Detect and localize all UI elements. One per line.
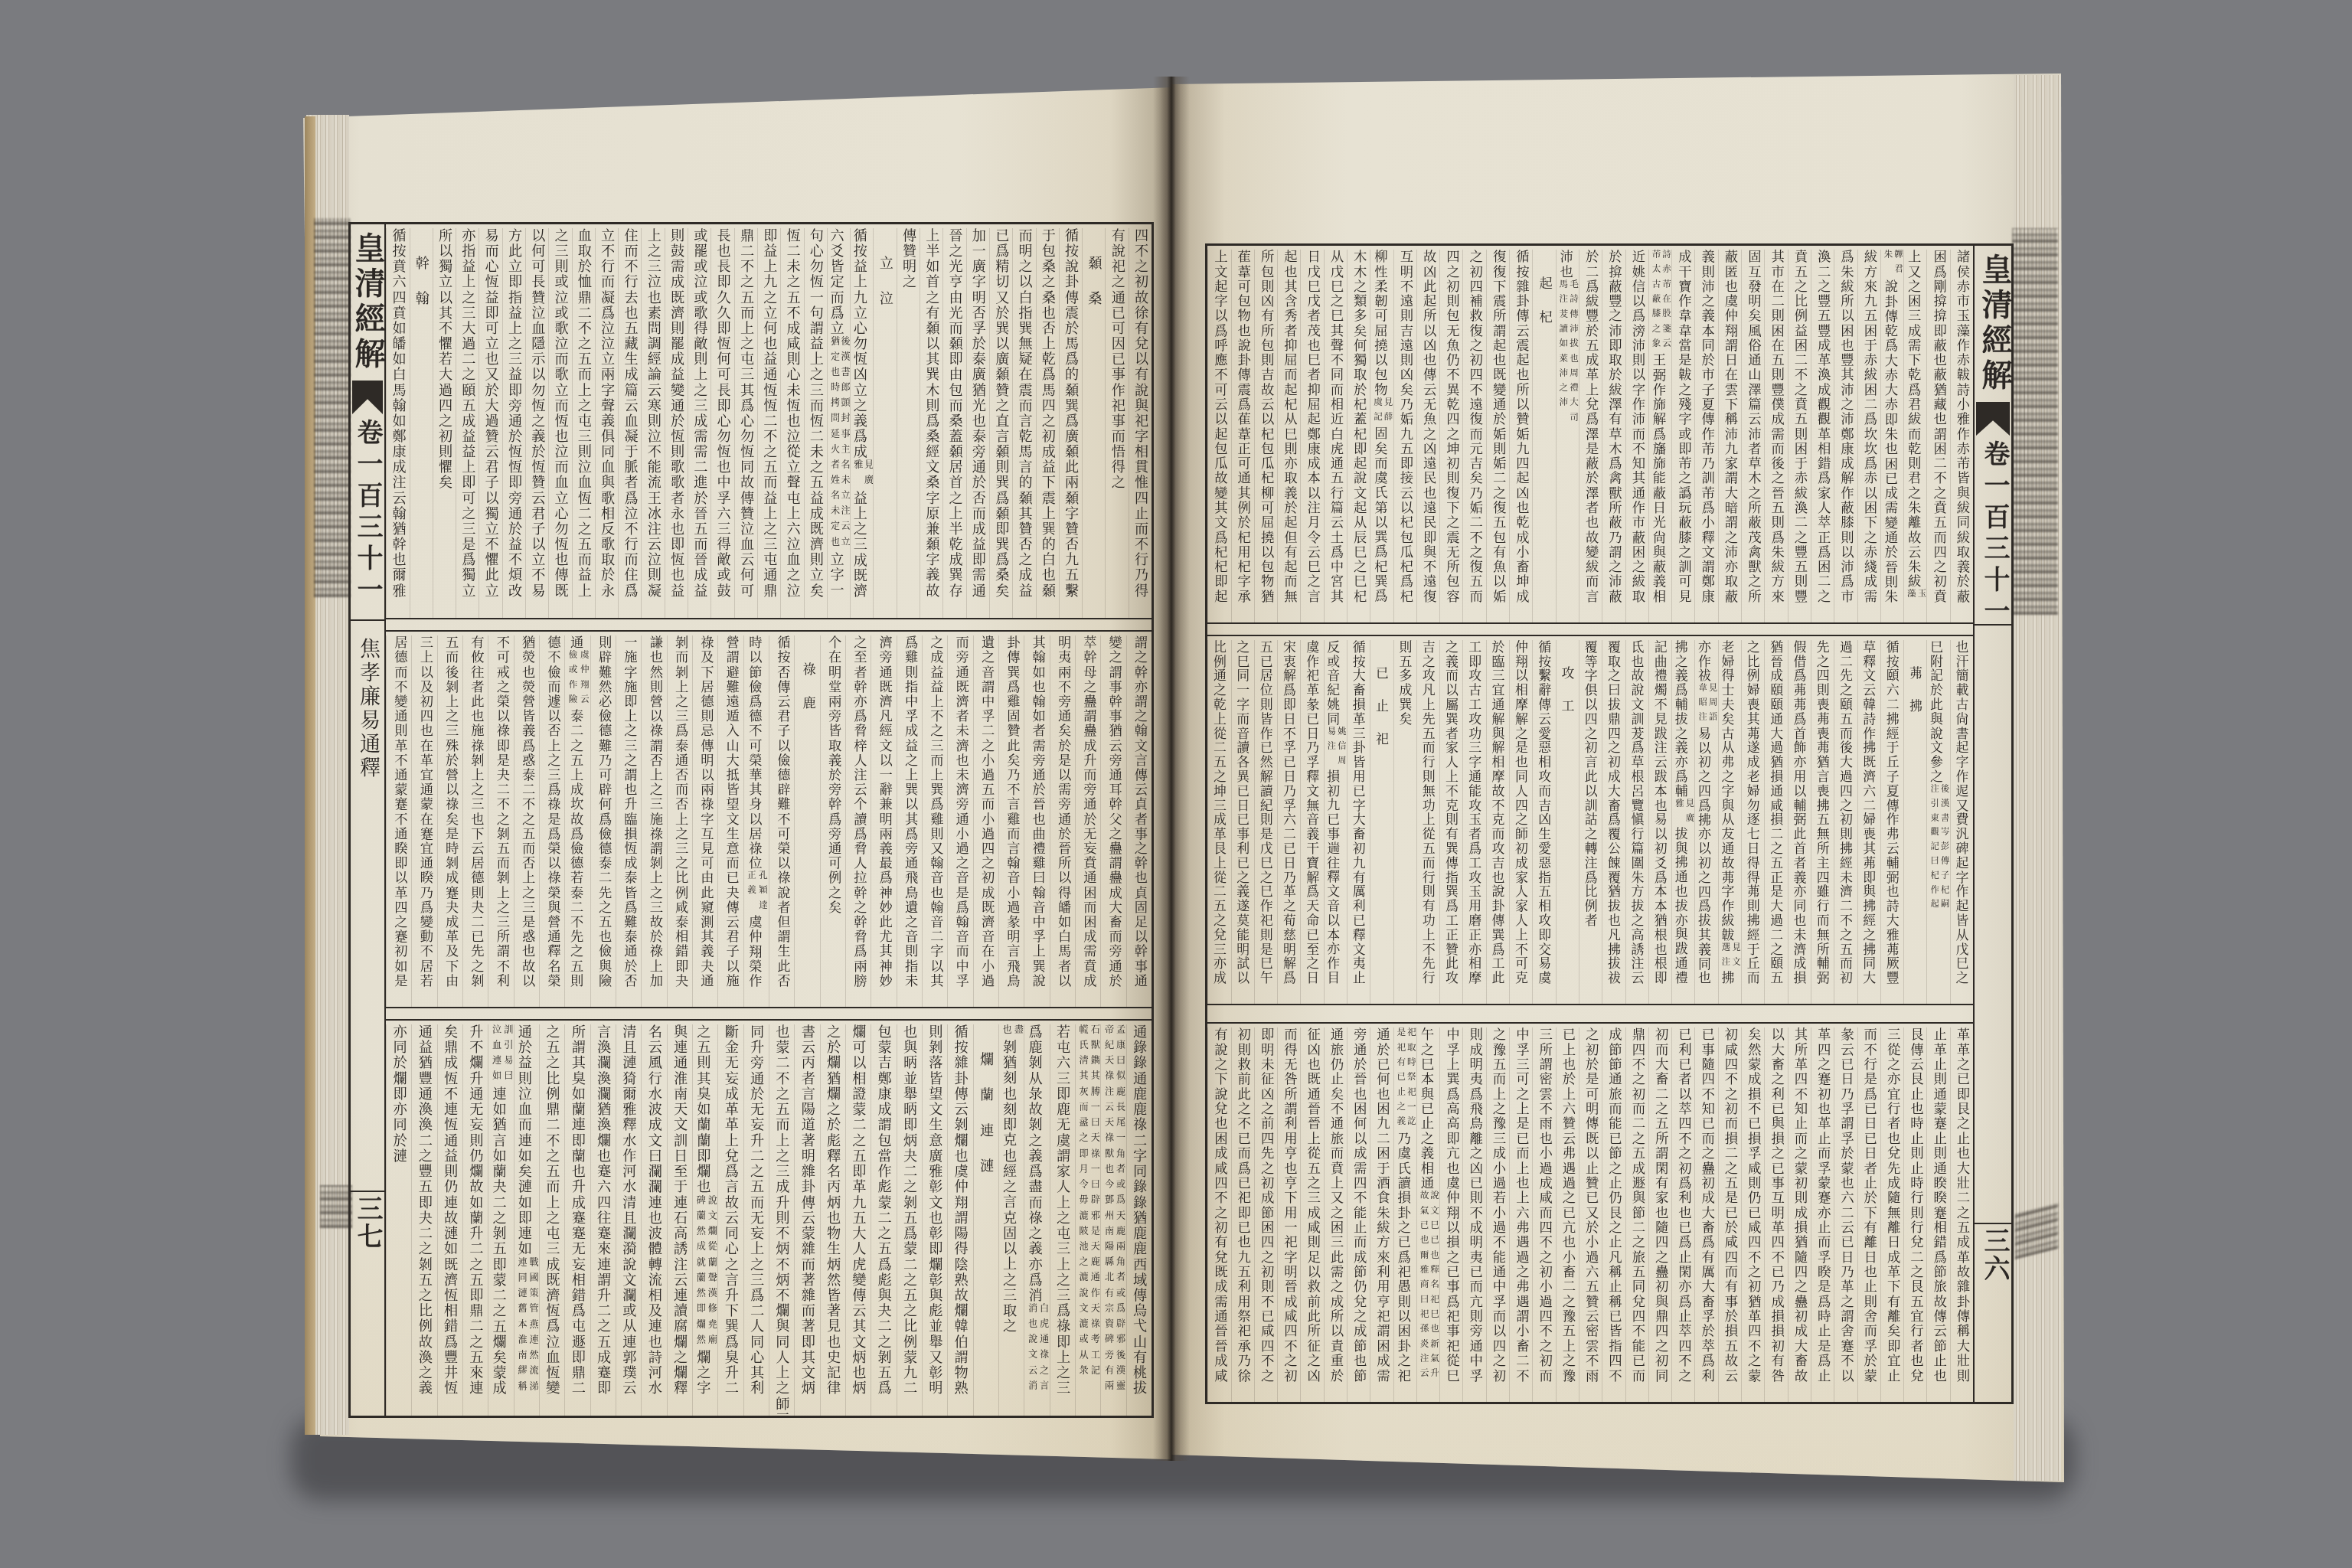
- text-column: 則辟難然必儉德難乃可辟何爲儉德泰二先之五也儉與險: [590, 635, 616, 1007]
- text-column: 五而後剝上之三殊於營以祿矣是時剝成蹇夬成革及下由: [437, 635, 462, 1007]
- fish-tail-ornament-icon: [352, 381, 383, 414]
- text-column: 記曲禮燭不見跋注云跋本也易以初爻爲本本猶根也根即: [1648, 640, 1671, 1004]
- text-column: 也與昞並舉昞即炳夬二之剝五爲蒙二之五之比例蒙九二: [897, 1024, 922, 1416]
- text-column: 長也長即久久即恆何可長即心勿恆也中孚六三得敵或鼓: [710, 228, 733, 618]
- text-column: 之成益益上不之三而上巽爲雞則又翰音也翰音二字以其: [922, 635, 947, 1007]
- column-text: 剝猶刻也刻即克也經之言克固以上之三取之: [1001, 1040, 1017, 1334]
- annotation-note: 訓引易曰泣血連如: [490, 1024, 513, 1086]
- text-column: 其所革四不知止而之蒙初則成損猶隨四之蠱初成大畜故: [1788, 1027, 1811, 1402]
- text-column: 老婦得士夫矣古从弗之字與从犮通故茀字作紱韍見文選注拂: [1718, 640, 1741, 1004]
- text-column: 則五多成巽矣: [1393, 640, 1416, 1004]
- text-column: 營謂避難遠遁入山大抵皆望文生意而已夬傳云君子以施: [717, 635, 743, 1007]
- text-column: 清且漣猗爾雅釋水作河水清且瀾漪說文瀾或从連郭璞云: [616, 1024, 641, 1416]
- annotation-note: 見文選注: [1720, 942, 1741, 972]
- annotation-note: 盡也: [1001, 1024, 1024, 1040]
- text-column: 蔽匿也虞仲翔謂日在雲下稱沛九家謂大暗謂之沛亦取蔽: [1718, 250, 1741, 622]
- text-column: 若屯六三即鹿无虞謂家人上之屯三上之三爲祿即上之三: [1050, 1024, 1075, 1416]
- fore-edge-ghost-print: [2012, 228, 2058, 615]
- text-column: 居德而不變通則革不通蒙蹇不通睽即以革四之蹇初如是: [386, 635, 411, 1007]
- text-column: 已利已者以萃四不之初爲利也已爲止閑亦爲止萃四不之: [1671, 1027, 1694, 1402]
- text-column: 於二爲紱豐於五成革上兌爲澤是蔽於澤者也故變紱而言: [1579, 250, 1602, 622]
- text-column: 石獸鐫其膊一曰天祿一曰辟邪是天鹿通作天祿考工記㡛氏淸其灰而盝之即月令毋漉陂池之漉…: [1075, 1024, 1100, 1416]
- text-column: 詩赤芾在股箋云芾太古蔽膝之象王弼作旆解爲旛旆能蔽日光尙與蔽義相: [1648, 250, 1671, 622]
- text-column: 上文起字以爲呼應不可云以起包瓜故變其文爲杞杞即起: [1207, 250, 1230, 622]
- text-column: 鼎二不之五而上之屯三其爲心勿恆同故傳贊泣血云何可: [734, 228, 757, 618]
- text-column: 虞作祀革彖已日乃孚釋文無音義干寶解爲天命已至之日: [1300, 640, 1323, 1004]
- column-text: 易以初之四爲拂亦以初之四爲拔其義同也: [1697, 727, 1712, 985]
- text-column: 則成明夷爲飛鳥離之凶已則不成明夷已而亢則旁通中孚: [1462, 1027, 1485, 1402]
- text-column: 而不行是爲已日已日者止於下有離日也止則舍而孚於蒙: [1857, 1027, 1880, 1402]
- text-column: 猶熒也熒營皆義爲惑泰二不之五而否上之三是惑也故以: [514, 635, 539, 1007]
- column-text: 午之巳本與已止之義相通: [1418, 1027, 1433, 1191]
- section-heading: 茀 拂: [1903, 640, 1926, 1004]
- text-column: 之三則或泣或歌泣而歌立而恆也泣而血立心勿恆也傳既: [548, 228, 571, 618]
- text-column: 互明不遠則吉遠則凶矣乃姤九五即接云以杞包瓜杞爲杞: [1393, 250, 1416, 622]
- fish-tail-ornament-icon: [1976, 402, 2010, 436]
- text-column: 困爲剛揜揜即蔽也蔽猶藏也謂困二不之賁五而四之初賁: [1926, 250, 1949, 622]
- text-column: 爛可以相證蒙二之五即革九五大人虎變傳云其文炳也炳: [845, 1024, 871, 1416]
- text-column: 血取於恤鼎二不之五而上之屯三則泣血恆二之五而益上: [572, 228, 595, 618]
- text-column: 亦同於爛即亦同於漣: [386, 1024, 411, 1416]
- text-column: 吉之攻凡上先五而行則無功上從五而行則有功上不先行: [1416, 640, 1439, 1004]
- text-column: 爲朱紱所以困也豐其沛之沛鄭康成解作蔽膝則以沛爲市: [1834, 250, 1857, 622]
- section-heading: 已 止 祀: [1370, 640, 1393, 1004]
- column-text: 通於益則泣血而連如矣漣如即連如: [516, 1024, 532, 1257]
- annotation-note: 戰國策管燕連然流涕連同漣舊本淮南繆稱: [516, 1257, 539, 1396]
- text-column: 濟旁通既濟凡經文以一辭兼明兩義最爲神妙此尤其神妙: [871, 635, 896, 1007]
- section-heading: 祿 鹿: [794, 635, 819, 1007]
- column-text: 拂: [1720, 971, 1735, 985]
- annotation-note: 韠君朱: [1883, 250, 1903, 279]
- text-column: 書云丙者言陽道著明雜卦傳云蒙雜而著雜而著即其文炳: [794, 1024, 819, 1416]
- column-text: 連如猶言如蘭夬二之剝五即蒙二之五爛矣蒙成: [491, 1086, 507, 1396]
- text-column: 比例通之乾上從二五之坤三成革艮上從二五之兌三亦成: [1207, 640, 1230, 1004]
- text-column: 晉之光亨由光而顙即由包而桑蓋顙居首之上半乾成巽存: [942, 228, 965, 618]
- text-column: 亦作祓見周語韋昭注易以初之四爲拂亦以初之四爲拔其義同也: [1694, 640, 1717, 1004]
- column-text: 拂之義爲輔拔之義亦爲輔: [1673, 640, 1688, 799]
- work-title: 焦孝廉易通釋: [351, 638, 384, 783]
- annotation-note: 石獸鐫其膊一曰天祿一曰辟邪是天鹿通作天祿考工記㡛氏淸其灰而盝之即月令毋漉陂池之漉…: [1077, 1024, 1100, 1381]
- fore-edge-ghost-print: [314, 218, 351, 597]
- annotation-note: 姚信周易注: [1326, 727, 1347, 769]
- page-number-rule: [1975, 1223, 2011, 1224]
- text-column: 通旅仍止矣不通旅而賁上又之困三此需之成所以責重於: [1324, 1027, 1347, 1402]
- register-middle: 也汗簡載古尙書起字作迡又費汎碑起字作起皆从戊巳之巳附記於此與說文參之後漢書岑彭傳…: [1207, 635, 1973, 1005]
- text-column: 萃幹母之蠱謂蠱成升而旁通於无妄賁通困而困成需賁成: [1075, 635, 1100, 1007]
- text-column: 初而大畜二之五所謂閑有家也隨四之蠱初與鼎四之初同: [1648, 1027, 1671, 1402]
- text-column: 六爻皆定而爲立後漢書郎顗封事主名未立注云立猶定也時拷問延火者姓名未定也立字一: [827, 228, 850, 618]
- text-column: 萑葦可包物也說卦傳震爲萑葦正可通其例於杞用杞字承: [1231, 250, 1254, 622]
- text-column: 加一廣字明否孚於泰廣猶光也泰旁通於否而成益即需通: [966, 228, 989, 618]
- text-column: 循按賁六四賁如皤如白馬翰如鄭康成注云翰猶幹也爾雅: [386, 228, 409, 618]
- column-text: 爲鹿剝从彔故剝之義爲盡而祿之義亦爲消: [1027, 1024, 1043, 1303]
- text-column: 工即攻古工攻功三字通能攻玉者爲工攻玉用磨正亦相摩: [1462, 640, 1485, 1004]
- text-column: 與連通淮南天文訓日至于連石高誘注云連讀腐爛之爛釋: [667, 1024, 692, 1416]
- text-column: 通益猶豐通渙渙二之豐五即夬二之剝五之比例故渙之義: [411, 1024, 436, 1416]
- text-column: 成干寶作韋韋當是韍之殘字或即芾之譌玩蔽膝之訓可見: [1671, 250, 1694, 622]
- text-column: 有說之下說兌也困成咸四不之初有兌既成需通晉晉成咸: [1207, 1027, 1230, 1402]
- right-page-frame: 諸侯赤市玉藻作赤韍詩小雅作赤芾皆與紱同紱取義於蔽困爲剛揜揜即蔽也蔽猶藏也謂困二不…: [1205, 243, 2014, 1404]
- text-column: 渙二之豐五豐成革渙成觀觀革相錯爲家人萃正爲困二之: [1811, 250, 1834, 622]
- page-number: 三七: [351, 1195, 384, 1256]
- text-column: 遺之音謂中孚二之小過五而小過四之初成既濟音在小過: [973, 635, 998, 1007]
- text-column: 包蒙吉鄭康成謂包當作彪蒙二之五爲彪與夬二之剝五爲: [871, 1024, 896, 1416]
- annotation-note: 虞仲翔云儉或作險: [567, 650, 590, 709]
- text-column: 日戊巳戊者茂也巳者抑屈起鄭康成本以注月令云巳之言: [1300, 250, 1323, 622]
- column-text: 固矣而虞氏第以巽爲杞巽爲: [1371, 426, 1387, 603]
- text-column: 起也其含秀者抑屈而起杞从巳則亦取義於起但有起而無: [1277, 250, 1300, 622]
- text-column: 已爲精切又於巽以廣顙贊之直言顙則巽爲顙即巽爲桑矣: [989, 228, 1012, 618]
- text-column: 先之四則喪茀喪茀猶言喪拂五無所主四雖行而無所輔弼: [1811, 640, 1834, 1004]
- text-column: 革革之已即艮之止也大壯二之五成革故雜卦傳稱大壯則: [1950, 1027, 1973, 1402]
- text-column: 言渙瀾渙瀾猶渙爛也蹇六四往蹇來連謂升二之五成蹇即: [590, 1024, 616, 1416]
- text-column: 謂之幹亦謂之翰文言傳云貞者事之幹也貞固足以幹事通: [1126, 635, 1151, 1007]
- annotation-note: 後漢書岑彭傳子杞嗣注引東觀記曰杞作起: [1929, 784, 1949, 913]
- text-column: 復復下震所謂起也既變通於姤則姤二之復五包有魚以姤: [1486, 250, 1509, 622]
- text-column: 通錄錄通鹿鹿祿二字同錄錄猶鹿鹿西域傳烏弋山有桃拔: [1126, 1024, 1151, 1416]
- text-column: 宋衷解爲即日不孚已日乃孚六二已日乃革之荀慈明解爲: [1277, 640, 1300, 1004]
- text-column: 四不之初故徐有兌以有說與祀字相貫惟四止而不行乃得: [1129, 228, 1151, 618]
- margin-rule: [351, 619, 384, 621]
- register-bottom: 革革之已即艮之止也大壯二之五成革故雜卦傳稱大壯則止革止則通蒙蹇止則通睽睽蹇相錯爲…: [1207, 1022, 1973, 1402]
- text-column: 即明未征凶之前四先之初成節困四之初則不已咸四不之: [1254, 1027, 1277, 1402]
- text-column: 覆等字俱以四之初言此以訓詁之轉注爲比例者: [1579, 640, 1602, 1004]
- text-column: 祀取時祭祀一訖是祀有已止之義乃虞氏讀損卦之已爲祀愚則以困卦之祀: [1393, 1027, 1416, 1402]
- text-column: 假借爲茀茀爲首飾亦用以輔弼此首者義亦同也未濟成損: [1788, 640, 1811, 1004]
- text-column: 諸侯赤市玉藻作赤韍詩小雅作赤芾皆與紱同紱取義於蔽: [1950, 250, 1973, 622]
- annotation-note: 見廣雅: [1674, 799, 1694, 828]
- column-text: 沛也: [1557, 250, 1573, 279]
- section-heading: 顙 桑: [1082, 228, 1105, 618]
- page-number: 三六: [1975, 1227, 2011, 1289]
- text-column: 住而不行去也五藏生成篇云血凝于脈者爲泣不行而住爲: [618, 228, 641, 618]
- text-column: 紱方來九五困于赤紱困二爲坎坎爲赤以困下之赤綫成需: [1857, 250, 1880, 622]
- column-text: 虞仲翔榮作: [746, 915, 761, 988]
- text-column: 於臨三宜通解與解相摩故不克而攻吉也說卦傳巽爲工此: [1486, 640, 1509, 1004]
- text-column: 也蒙二不之五而上之三成升則不炳不炳不爛與同人上之師三: [769, 1024, 794, 1416]
- text-column: 个在明堂兩旁皆取義於旁幹爲旁通可例之矣: [820, 635, 845, 1007]
- text-column: 其翰如也翰如者需旁通於晉也曲禮雞曰翰音中孚上巽說: [1024, 635, 1049, 1007]
- column-text: 循按益上九立心勿恆凶立之義爲成: [851, 228, 867, 459]
- register-bottom: 通錄錄通鹿鹿祿二字同錄錄猶鹿鹿西域傳烏弋山有桃拔孟康曰似鹿長尾一角者或爲天鹿兩角…: [386, 1019, 1151, 1416]
- text-column: 于包桑之桑也否上乾爲馬四之初成益下震上巽的白也顙: [1036, 228, 1059, 618]
- column-text: 通: [567, 635, 583, 650]
- text-column: 孟康曰似鹿長尾一角者或爲天鹿兩角者或爲辟邪後漢靈帝紀天祿注云天祿獸也今鄧州南陽縣…: [1100, 1024, 1125, 1416]
- text-column: 沛也毛詩傳沛拔也周禮大司馬注茇讀如萊沛之沛: [1556, 250, 1579, 622]
- column-text: 爛之字: [694, 1350, 710, 1396]
- text-column: 五已居位則皆作已然解讀紀則是戊巳之巳作祀則是巳午: [1254, 640, 1277, 1004]
- column-text: 六爻皆定而爲立: [828, 228, 844, 336]
- annotation-note: 說文巳已也釋名祀巳也新氣升故氣已也爾雅商曰祀孫炎注云: [1419, 1191, 1439, 1383]
- text-column: 訓引易曰泣血連如連如猶言如蘭夬二之剝五即蒙二之五爛矣蒙成: [488, 1024, 513, 1416]
- annotation-note: 孔穎達正義: [746, 871, 769, 915]
- text-column: 或罷或泣或歌得敵則上之三成需需二進於晉五而晉成益: [688, 228, 710, 618]
- text-column: 反或音紀姚同姚信周易注損初九已事遄往釋文音以本亦作目: [1324, 640, 1347, 1004]
- column-text: 亦作祓: [1697, 640, 1712, 683]
- text-column: 通虞仲翔云儉或作險泰二之五上成坎故爲儉德若泰二不先之五則: [564, 635, 590, 1007]
- text-column: 以何可長贊泣血隱示以勿恆之義於恆贊云君子以立不易: [525, 228, 548, 618]
- text-column: 午之巳本與已止之義相通說文巳已也釋名祀巳也新氣升故氣已也爾雅商曰祀孫炎注云: [1416, 1027, 1439, 1402]
- column-text: 拔與拂通也拔亦與跋通禮: [1673, 827, 1688, 985]
- annotation-note: 見廣雅: [852, 459, 873, 490]
- text-column: 所謂其臭如蘭連即蘭也升成蹇蹇无妄相錯爲屯遯即鼎二: [564, 1024, 590, 1416]
- column-text: 巳附記於此與說文參之: [1929, 640, 1944, 784]
- text-column: 所以獨立以其不懼若大過四之初則懼矣: [433, 228, 456, 618]
- column-text: 益上之三成既濟: [851, 491, 867, 599]
- column-text: 乃虞氏讀損卦之已爲祀愚則以困卦之祀: [1395, 1132, 1410, 1383]
- text-column: 立不行而凝爲泣泣立兩字聲義俱同血與歌相反歌取於永: [595, 228, 618, 618]
- text-column: 時以節儉爲德不可榮華其身以居祿位孔穎達正義虞仲翔榮作: [743, 635, 769, 1007]
- text-column: 之豫五而上之豫三成小過若小過不能通中孚而以四之初: [1486, 1027, 1509, 1402]
- book-gutter: [1153, 77, 1190, 1461]
- text-column: 過二先之頤五而後大過四之初則拂經未濟二不之五而初: [1834, 640, 1857, 1004]
- column-text: 之五則其臭如蘭蘭即爛也: [694, 1024, 710, 1195]
- text-column: 覆取之曰拔鼎四之初成大畜爲覆公餗覆猶拔也凡拂拔祓: [1602, 640, 1625, 1004]
- text-column: 循按雜卦傳云震起也所以贊姤九四起凶也乾成小畜坤成: [1509, 250, 1532, 622]
- text-column: 之五則其臭如蘭蘭即爛也說文爛從蘭聲漢修堯廟碑蘭然成就蘭然即爛然爛之字: [692, 1024, 717, 1416]
- annotation-note: 詩赤芾在股箋云芾太古蔽膝之象: [1651, 250, 1671, 353]
- column-text: 反或音紀姚同: [1325, 640, 1341, 727]
- text-column: 盡也剝猶刻也刻即克也經之言克固以上之三取之: [998, 1024, 1024, 1416]
- text-column: 而旁通既濟者未濟也未濟旁通小過之音是爲翰音而中孚: [947, 635, 972, 1007]
- text-column: 其市在二則困在五則豐僕成需而後之晉五則爲朱紱方來: [1764, 250, 1787, 622]
- annotation-note: 後漢書郎顗封事主名未立注云立猶定也時拷問延火者姓名未定也: [829, 336, 850, 552]
- text-column: 艮傳云艮止也時止則止時行則行兌二之艮五宜行者也兌: [1903, 1027, 1926, 1402]
- right-page-margin-column: 皇清經解 卷一百三十一 三六: [1973, 246, 2011, 1402]
- text-column: 傳贊明之: [897, 228, 920, 618]
- page-number-rule: [351, 1191, 384, 1192]
- text-column: 祿及下居德則忌傳明以兩祿字互見可由此窺測其義夬通: [692, 635, 717, 1007]
- text-column: 循按繫辭傳云愛惡相攻而吉凶生愛惡指五相攻即交易虞: [1532, 640, 1555, 1004]
- text-column: 木木之類多矣何獨取於杞蓋杞即起說文起从辰巳之巳杞: [1347, 250, 1370, 622]
- text-column: 巳附記於此與說文參之後漢書岑彭傳子杞嗣注引東觀記曰杞作起: [1926, 640, 1949, 1004]
- volume-label: 卷一百三十一: [1975, 440, 2011, 641]
- text-column: 明夷兩不旁通矣於是以需旁通於晉所以得皤如白馬者以: [1050, 635, 1075, 1007]
- text-column: 斷金无妄成革革上兌爲言故云同心之言升下巽爲臭升二: [717, 1024, 743, 1416]
- text-column: 三從之亦宜行者也兌先成隨無離日成革下有離矣即宜止: [1880, 1027, 1903, 1402]
- text-column: 固互發明矣風俗通山澤篇云沛者草木之所蔽茂禽獸之所: [1741, 250, 1764, 622]
- text-column: 循按否傳云君子以儉德辟難不可榮以祿說者但謂生此否: [769, 635, 794, 1007]
- register-middle: 謂之幹亦謂之翰文言傳云貞者事之幹也貞固足以幹事通變之謂事幹事猶云旁通耳幹父之蠱謂…: [386, 630, 1151, 1008]
- text-column: 名云風行水波成文曰瀾瀾連也波體轉流相及連也詩河水: [641, 1024, 666, 1416]
- text-column: 已事隨四不知已而之蠱初成大畜爲有厲大畜孚於萃爲利: [1694, 1027, 1717, 1402]
- text-column: 通於已何也困九二困于酒食朱紱方來利用亨祀謂困成需: [1370, 1027, 1393, 1402]
- text-column: 初則救前此之不已而爲已祀即已也九五利用祭祀承乃徐: [1231, 1027, 1254, 1402]
- annotation-note: 祀取時祭祀一訖是祀有已止之義: [1396, 1027, 1416, 1132]
- text-column: 卦傳巽爲雞固贊此矣乃不言雞而言翰音小過彖明言飛鳥: [998, 635, 1024, 1007]
- text-column: 即益上九之立何也益通恆恆二不之五而益上之三屯通鼎: [757, 228, 780, 618]
- text-column: 四之初則包无魚仍不異乾四之坤初則復下之震无所包容: [1439, 250, 1462, 622]
- column-text: 說卦傳乾爲大赤大赤即朱也困已成需變通於晉則朱: [1882, 279, 1897, 604]
- text-column: 成節節通旅而能已節之止仍艮之止凡稱止稱已皆指四不: [1602, 1027, 1625, 1402]
- text-column: 而明之以白指巽無疑在震而言乾馬言的顙其贊否之成益: [1012, 228, 1035, 618]
- text-column: 鼎四不之初而二之五成遯與節二之旅五同兌四不能已而: [1625, 1027, 1648, 1402]
- text-column: 故凶此起所以凶也傳云无魚之凶遠民也遠民即與不遠復: [1416, 250, 1439, 622]
- column-text: 上又之困三成需下乾爲君紱而乾則君之朱離故云朱紱: [1905, 250, 1920, 589]
- text-column: 一施字施即上之三之謂也升臨損恆成泰皆爲難泰通於否: [616, 635, 641, 1007]
- text-column: 之於爛猶爛之於彪釋名丙炳也物生炳然皆著見也史記律: [820, 1024, 845, 1416]
- text-column: 而得无咎所謂利用亨也亨下用一祀字明晉成咸四不之初: [1277, 1027, 1300, 1402]
- text-column: 草釋文云韓詩作拂既濟六二婦喪其茀即與拂經之拂同大: [1857, 640, 1880, 1004]
- text-column: 拂之義爲輔拔之義亦爲輔見廣雅拔與拂通也拔亦與跋通禮: [1671, 640, 1694, 1004]
- text-column: 循按頤六二拂經于丘子夏傳作弗云輔弼也詩大雅茀厥豐: [1880, 640, 1903, 1004]
- text-column: 循按益上九立心勿恆凶立之義爲成見廣雅益上之三成既濟: [850, 228, 873, 618]
- text-column: 同升旁通於无妄升二之五而无妄上之三爲二人同心其利: [743, 1024, 769, 1416]
- text-column: 義則沛之義本同於市子夏傳作芾乃訓芾爲小釋文謂鄭康: [1694, 250, 1717, 622]
- annotation-note: 孟康曰似鹿長尾一角者或爲天鹿兩角者或爲辟邪後漢靈帝紀天祿注云天祿獸也今鄧州南陽縣…: [1102, 1024, 1125, 1396]
- left-page-margin-column: 皇清經解 卷一百三十一 焦孝廉易通釋 三七: [351, 224, 386, 1416]
- text-column: 中孚三可之上是已而上也上六弗遇過之弗遇謂小畜二不: [1509, 1027, 1532, 1402]
- text-column: 循按大畜損革三卦皆用已字大畜初九有厲利已釋文夷止: [1347, 640, 1370, 1004]
- annotation-note: 白虎通祿之言消也說文云消: [1026, 1303, 1049, 1396]
- volume-label: 卷一百三十一: [351, 419, 384, 619]
- column-text: 柳性柔韌可屈撓以包物: [1371, 250, 1387, 397]
- text-column: 賁五之比例益困二不之賁五則困于赤紱渙二之豐五則豐: [1788, 250, 1811, 622]
- column-text: 泰二之五上成坎故爲儉德若泰二不先之五則: [567, 709, 583, 988]
- text-column: 變之謂事幹事猶云旁通耳幹父之蠱謂蠱成大畜而旁通於: [1100, 635, 1125, 1007]
- text-column: 初咸四不之初而損二之五是已於咸四而有事於損五故云: [1718, 1027, 1741, 1402]
- text-column: 猶晉成頤頤通大過猶損通咸損二之五正是大過二之頤五: [1764, 640, 1787, 1004]
- text-column: 升不爛升通无妄則仍爛故如蘭升二之五即鼎二之五來連: [462, 1024, 488, 1416]
- text-column: 通於益則泣血而連如矣漣如即連如戰國策管燕連然流涕連同漣舊本淮南繆稱: [514, 1024, 539, 1416]
- text-column: 革四之蹇初也革止而孚蒙蹇亦止而孚睽是爲時止是爲止: [1811, 1027, 1834, 1402]
- text-column: 氐也故說文訓茇爲草根呂覽愼行篇圍朱方拔之高誘注云: [1625, 640, 1648, 1004]
- annotation-note: 玉藻: [1906, 589, 1926, 603]
- text-column: 爲雞則指中孚成益之上巽以其爲旁通飛鳥遺之音則指未: [897, 635, 922, 1007]
- text-column: 旁通於晉也困何以成需四不能止而成節仍兌之成節也節: [1347, 1027, 1370, 1402]
- text-column: 循按說卦傳震於馬爲的顙巽爲廣顙此兩顙字贊否九五繫: [1059, 228, 1082, 618]
- text-column: 上又之困三成需下乾爲君紱而乾則君之朱離故云朱紱玉藻: [1903, 250, 1926, 622]
- text-column: 所包則凶有所包則吉故云以杞包瓜杞柳可屈撓以包物猶: [1254, 250, 1277, 622]
- text-column: 德不儉而遽以否上之三爲祿是爲榮以祿榮與營通釋名榮: [539, 635, 564, 1007]
- annotation-note: 見周語韋昭注: [1697, 683, 1717, 726]
- text-column: 句心勿恆一句謂益上之三而恆二未之五益成既濟則立矣: [804, 228, 827, 618]
- section-heading: 起 杞: [1532, 250, 1555, 622]
- text-column: 於揜蔽豐之沛即取於紱澤有草木爲禽獸所蔽乃謂之沛蔽: [1602, 250, 1625, 622]
- column-text: 老婦得士夫矣古从弗之字與从犮通故茀字作紱韍: [1720, 640, 1735, 942]
- text-column: 循按雜卦傳云剝爛也虞仲翔謂陽得陰熟故爛韓伯謂物熟: [947, 1024, 972, 1416]
- text-column: 三所謂密雲不雨也小過成咸而四不之初小過四不之初而: [1532, 1027, 1555, 1402]
- text-column: 止革止則通蒙蹇止則通睽睽蹇相錯爲節旅故傳云節止也: [1926, 1027, 1949, 1402]
- left-page-frame: 皇清經解 卷一百三十一 焦孝廉易通釋 三七 四不之初故徐有兌以有說與祀字相貫惟四…: [348, 222, 1154, 1418]
- text-column: 三上以及初四也在革宜通蒙在蹇宜通睽乃爲變動不居若: [411, 635, 436, 1007]
- column-text: 王弼作旆解爲旛旆能蔽日光尙與蔽義相: [1650, 353, 1665, 604]
- text-column: 方此立即指益上之三益即旁通於恆恆即旁通於益不煩改: [502, 228, 525, 618]
- text-column: 不可戒之榮以祿即是夬二不之剝五而剝上之三所謂不利: [488, 635, 513, 1007]
- text-column: 則剝落皆望文生意廣雅彰文也彰即爛彰與彪並舉又彰明: [922, 1024, 947, 1416]
- text-column: 之義而以屬巽者家人上不克則有巽傳指巽爲工正贊此攻: [1439, 640, 1462, 1004]
- fore-edge-ghost-print: [320, 1185, 352, 1228]
- text-column: 易而心恆益即可立也又於大過贊云君子以獨立不懼此立: [479, 228, 501, 618]
- text-column: 征凶也既通晉晉上從五之三成咸則足以救前此所征之凶: [1300, 1027, 1323, 1402]
- text-column: 有攸往者此也施祿剝上之三也下云居德則夬二已先之剝: [462, 635, 488, 1007]
- text-column: 之比例婦喪其茀遂成老婦勿逐七日得得茀則拂經于丘而: [1741, 640, 1764, 1004]
- text-column: 仲翔以相摩解之是也同人四之師初成家人家人上不可克: [1509, 640, 1532, 1004]
- text-column: 有說祀之通已可因已事作祀事而悟得之: [1105, 228, 1128, 618]
- text-column: 之初於是可明傳既以止贊已又於小過六五贊云密雲不雨: [1579, 1027, 1602, 1402]
- text-column: 亦指益上之三大過二之頤五成益益上即可之三是爲獨立: [456, 228, 479, 618]
- text-column: 以大畜之利已與損之已事互明革四不已乃成損損初有咎: [1764, 1027, 1787, 1402]
- text-column: 之巳同一字而音讀各異已日已事利已之義遂莫能明試以: [1231, 640, 1254, 1004]
- running-title: 皇清經解: [351, 232, 384, 382]
- section-heading: 立 泣: [873, 228, 896, 618]
- text-column: 之五之比例鼎二不之五而上之屯三成既濟恆爲泣血恆變: [539, 1024, 564, 1416]
- text-column: 矣鼎成恆不連恆通益則仍連故漣如既濟恆相錯爲豐井恆: [437, 1024, 462, 1416]
- column-text: 立字一: [828, 552, 844, 598]
- text-column: 謙也然則營以祿謂否上之三施祿謂剝上之三故於祿上加: [641, 635, 666, 1007]
- text-column: 剝而剝上之三爲泰通否而否上之三之比例咸泰相錯即夬: [667, 635, 692, 1007]
- annotation-note: 說文爛從蘭聲漢修堯廟碑蘭然成就蘭然即爛然: [694, 1195, 717, 1350]
- margin-rule: [1975, 624, 2011, 626]
- text-column: 韠君朱說卦傳乾爲大赤大赤即朱也困已成需變通於晉則朱: [1880, 250, 1903, 622]
- text-column: 爲鹿剝从彔故剝之義爲盡而祿之義亦爲消白虎通祿之言消也說文云消: [1024, 1024, 1049, 1416]
- running-title: 皇清經解: [1975, 253, 2011, 403]
- column-text: 損初九已事遄往釋文音以本亦作目: [1325, 769, 1341, 985]
- text-column: 則鼓需成既濟則罷成益變通於恆則歌歌者永也即恆也益: [665, 228, 688, 618]
- text-column: 近姚信以爲滂沛則以字作沛而不知其通作市蔽困之紱取: [1625, 250, 1648, 622]
- text-column: 已上也於上六贊云弗遇過之已亢也小畜二之豫五上之豫: [1556, 1027, 1579, 1402]
- section-heading: 攻 工: [1556, 640, 1579, 1004]
- annotation-note: 毛詩傳沛拔也周禮大司馬注茇讀如萊沛之沛: [1558, 279, 1579, 427]
- text-column: 之至者幹亦爲脅梓人注云个讀爲脅人拉幹之幹脅爲兩膀: [845, 635, 871, 1007]
- section-heading: 幹 翰: [410, 228, 433, 618]
- text-column: 柳性柔韌可屈撓以包物見薛虞記固矣而虞氏第以巽爲杞巽爲: [1370, 250, 1393, 622]
- register-top: 四不之初故徐有兌以有說與祀字相貫惟四止而不行乃得有說祀之通已可因已事作祀事而悟得…: [386, 224, 1151, 619]
- text-column: 也汗簡載古尙書起字作迡又費汎碑起字作起皆从戊巳之: [1950, 640, 1973, 1004]
- text-column: 之初四補救復之初四不遠復而元吉矣乃姤二不之復五而: [1462, 250, 1485, 622]
- text-column: 上半如首之有顙以其巽木則爲桑經文桑字原兼顙字義故: [920, 228, 942, 618]
- text-column: 中孚上巽爲高高即亢也虞仲翔以損之已事爲祀事祀從巳: [1439, 1027, 1462, 1402]
- text-column: 矣然蒙成損不已損孚咸則仍已咸四不之初猶革四不之蒙: [1741, 1027, 1764, 1402]
- text-column: 彖云已日乃孚謂孚於蒙也六二云已日乃革之謂舍蹇不以: [1834, 1027, 1857, 1402]
- text-column: 上之三泣也素問調經論云寒則泣不能流王冰注云泣則凝: [641, 228, 664, 618]
- register-top: 諸侯赤市玉藻作赤韍詩小雅作赤芾皆與紱同紱取義於蔽困爲剛揜揜即蔽也蔽猶藏也謂困二不…: [1207, 246, 1973, 624]
- text-column: 恆二未之五不成咸則心未恆也泣從立聲屯上六泣血之泣: [780, 228, 803, 618]
- section-heading: 爛 蘭 連 漣: [973, 1024, 998, 1416]
- annotation-note: 見薛虞記: [1372, 397, 1393, 427]
- text-column: 从戊巳之巳其聲不同而相近白虎通五行篇云土爲中宮其: [1324, 250, 1347, 622]
- column-text: 時以節儉爲德不可榮華其身以居祿位: [746, 635, 761, 871]
